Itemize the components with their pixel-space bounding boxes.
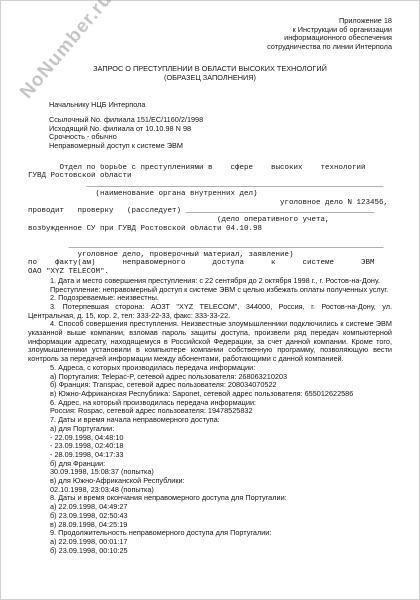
form-line: ________________________________________… <box>28 181 392 190</box>
title-block: ЗАПРОС О ПРЕСТУПЛЕНИИ В ОБЛАСТИ ВЫСОКИХ … <box>28 65 392 82</box>
form-line: возбужденное СУ при ГУВД Ростовской обла… <box>28 225 392 234</box>
form-line: проводит проверку (расследует) _________… <box>28 207 392 216</box>
form-line: уголовное дело, проверочный материал, за… <box>28 251 392 260</box>
reference-meta: Ссылочный No. филиала 151/EC/1160/2/1998… <box>49 116 392 151</box>
body-list: 5. Адреса, с которых производилась перед… <box>28 364 392 555</box>
document-page: NoNumber.ru Приложение 18к Инструкции об… <box>0 0 420 600</box>
document-subtitle: (ОБРАЗЕЦ ЗАПОЛНЕНИЯ) <box>28 74 392 83</box>
list-item: б) 23.09.1998, 00:10:25 <box>50 547 392 556</box>
form-line: Отдел по борьбе с преступлениями в сфере… <box>28 164 392 173</box>
addressee-line: Начальнику НЦБ Интерпола <box>49 101 392 110</box>
form-header-block: Отдел по борьбе с преступлениями в сфере… <box>28 164 392 277</box>
form-line: (наименование органа внутренних дел) <box>28 190 392 199</box>
body-paragraph: 4. Способ совершения преступления. Неизв… <box>28 320 392 364</box>
form-line: уголовное дело N 123456, <box>28 199 392 208</box>
meta-line: Неправомерный доступ к системе ЭВМ <box>49 142 392 151</box>
body-paragraph: 3. Потерпевшая сторона: АОЗТ "XYZ TELECO… <box>28 303 392 320</box>
body-text: 1. Дата и место совершения преступления:… <box>28 277 392 556</box>
form-line <box>28 233 392 242</box>
annex-line: сотрудничества по линии Интерпола <box>28 43 392 52</box>
form-line: ________________________________________… <box>28 242 392 251</box>
form-line: (дело оперативного учета, <box>28 216 392 225</box>
annex-reference: Приложение 18к Инструкции об организации… <box>28 17 392 52</box>
form-line: по факту(ам) неправомерного доступа к си… <box>28 259 392 268</box>
form-line: ГУВД Ростовской области <box>28 172 392 181</box>
